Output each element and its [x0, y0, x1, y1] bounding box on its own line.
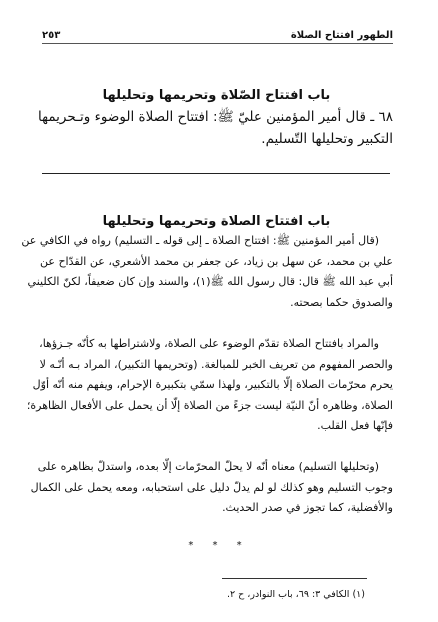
page-number: ٢٥٣: [42, 30, 60, 42]
paragraph-line: (قال أمير المؤمنين ﷺ: افتتاح الصلاة ـ إل…: [40, 231, 393, 252]
commentary-paragraph-3: (وتحليلها التسليم) معناه أنّه لا يحلّ ال…: [40, 457, 393, 519]
paragraph-line: يحرم محرّمات الصلاة إلّا بالتكبير، ولهذا…: [40, 375, 393, 396]
paragraph-line: (وتحليلها التسليم) معناه أنّه لا يحلّ ال…: [40, 457, 393, 478]
footnote-rule: [222, 578, 367, 579]
running-header: الطهور افتتاح الصلاة ٢٥٣: [42, 30, 393, 42]
section-end-asterisks: * * *: [0, 540, 438, 551]
paragraph-line: الصلاة، وظاهره أنّ النيّة ليست جزءً من ا…: [40, 396, 393, 417]
running-title: الطهور افتتاح الصلاة: [291, 30, 393, 42]
book-page: الطهور افتتاح الصلاة ٢٥٣ باب افتتاح الصّ…: [0, 0, 438, 622]
hadith-line: ٦٨ ـ قال أمير المؤمنين عليّ ﷺ: افتتاح ال…: [40, 106, 393, 128]
commentary-paragraph-2: والمراد بافتتاح الصلاة تقدّم الوضوء على …: [40, 334, 393, 437]
paragraph-line: وجوب التسليم وهو كذلك لو لم يدلّ دليل عل…: [40, 478, 393, 499]
section-divider: [42, 173, 390, 174]
paragraph-line: أبي عبد الله ﷺ قال: قال رسول الله ﷺ(١)، …: [40, 272, 393, 293]
chapter-heading-1: باب افتتاح الصّلاة وتحريمها وتحليلها: [40, 87, 393, 105]
commentary-paragraph-1: (قال أمير المؤمنين ﷺ: افتتاح الصلاة ـ إل…: [40, 231, 393, 313]
paragraph-line: والمراد بافتتاح الصلاة تقدّم الوضوء على …: [40, 334, 393, 355]
hadith-text: ٦٨ ـ قال أمير المؤمنين عليّ ﷺ: افتتاح ال…: [40, 106, 393, 150]
footnote-1: (١) الكافي ٣: ٦٩، باب النوادر، ح ٢.: [100, 589, 365, 601]
chapter-heading-2: باب افتتاح الصلاة وتحريمها وتحليلها: [40, 213, 393, 231]
paragraph-line: والصدوق حكما بصحته.: [40, 293, 393, 314]
paragraph-line: فإنّها فعل القلب.: [40, 416, 393, 437]
paragraph-line: علي بن محمد، عن سهل بن زياد، عن جعفر بن …: [40, 252, 393, 273]
header-rule: [42, 43, 393, 44]
paragraph-line: والأفضلية، كما تجوز في صدر الحديث.: [40, 498, 393, 519]
paragraph-line: والحصر المفهوم من تعريف الخبر للمبالغة. …: [40, 355, 393, 376]
hadith-line: التكبير وتحليلها التّسليم.: [40, 128, 393, 150]
